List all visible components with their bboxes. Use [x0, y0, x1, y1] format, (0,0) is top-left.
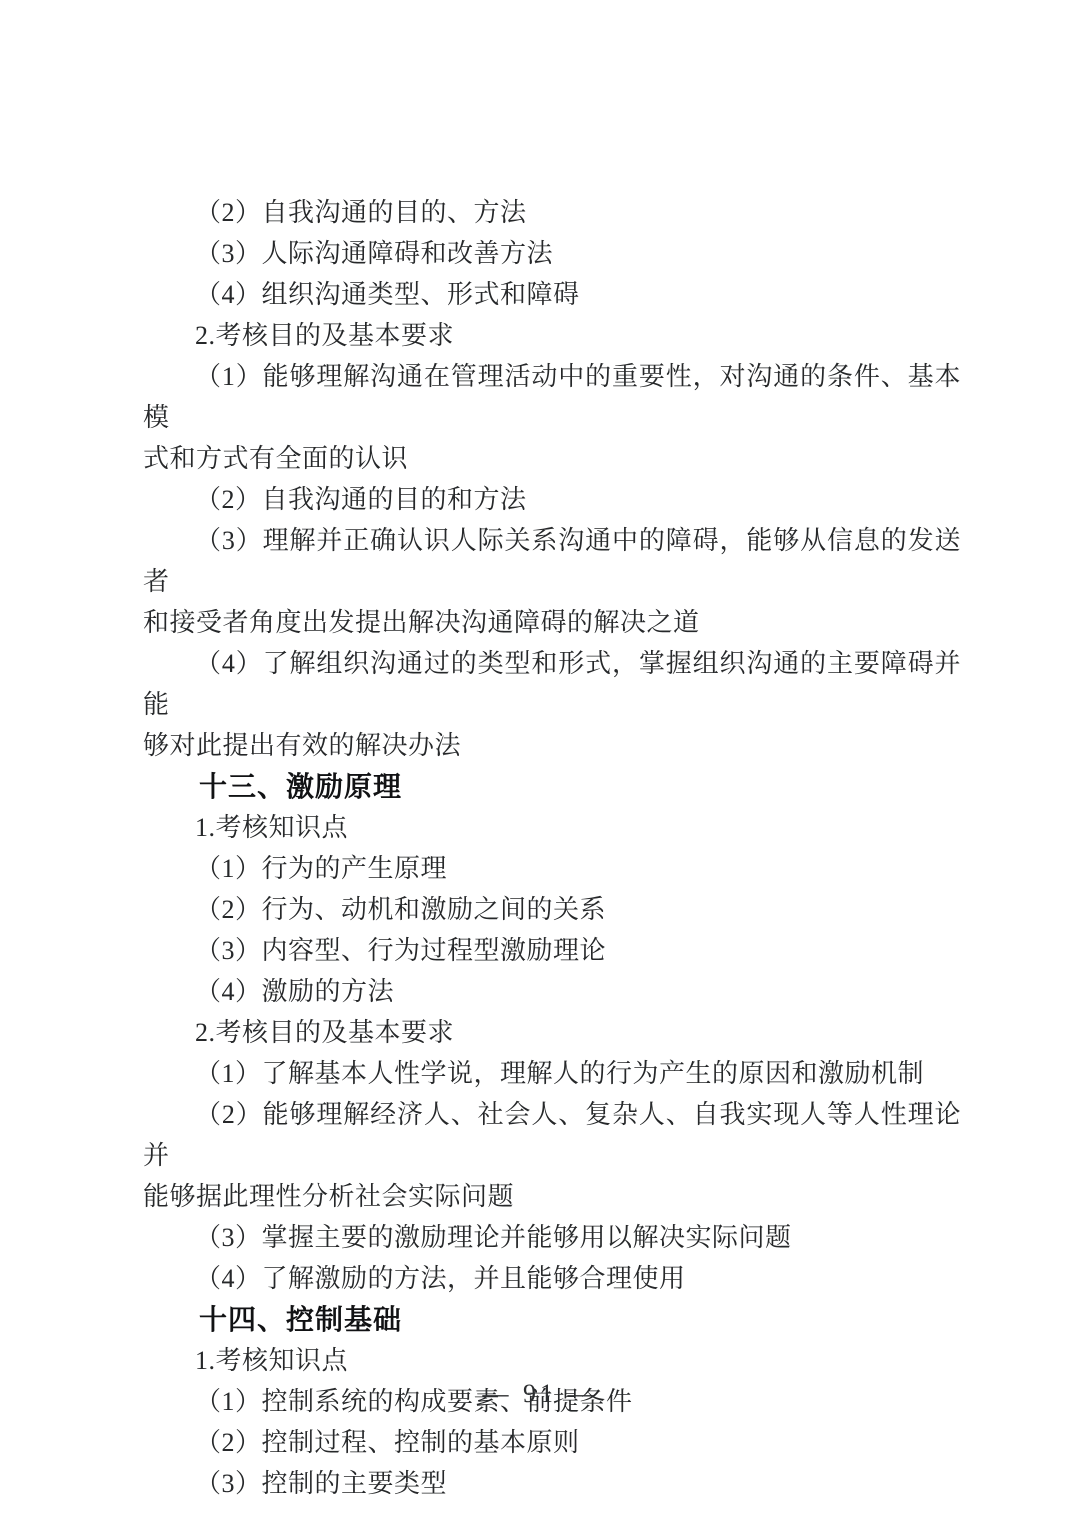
document-page: （2）自我沟通的目的、方法 （3）人际沟通障碍和改善方法 （4）组织沟通类型、形… [0, 0, 1080, 1527]
text-line: （4）了解组织沟通过的类型和形式，掌握组织沟通的主要障碍并能 [143, 643, 961, 725]
text-line-continuation: 能够据此理性分析社会实际问题 [143, 1176, 961, 1217]
document-body: （2）自我沟通的目的、方法 （3）人际沟通障碍和改善方法 （4）组织沟通类型、形… [143, 192, 961, 1504]
section-heading-motivation: 十三、激励原理 [143, 766, 961, 807]
text-line: （4）组织沟通类型、形式和障碍 [143, 274, 961, 315]
text-line: （1）行为的产生原理 [143, 848, 961, 889]
text-line: （2）自我沟通的目的和方法 [143, 479, 961, 520]
text-line: （3）理解并正确认识人际关系沟通中的障碍，能够从信息的发送者 [143, 520, 961, 602]
text-line: （2）行为、动机和激励之间的关系 [143, 889, 961, 930]
numbered-subheading: 1.考核知识点 [143, 807, 961, 848]
text-line: （1）了解基本人性学说，理解人的行为产生的原因和激励机制 [143, 1053, 961, 1094]
text-line: （3）掌握主要的激励理论并能够用以解决实际问题 [143, 1217, 961, 1258]
text-line: （3）内容型、行为过程型激励理论 [143, 930, 961, 971]
text-line: （2）自我沟通的目的、方法 [143, 192, 961, 233]
text-line: （2）能够理解经济人、社会人、复杂人、自我实现人等人性理论并 [143, 1094, 961, 1176]
text-line: （3）人际沟通障碍和改善方法 [143, 233, 961, 274]
text-line: （2）控制过程、控制的基本原则 [143, 1422, 961, 1463]
numbered-subheading: 2.考核目的及基本要求 [143, 1012, 961, 1053]
text-line: （4）激励的方法 [143, 971, 961, 1012]
numbered-subheading: 1.考核知识点 [143, 1340, 961, 1381]
text-line: （3）控制的主要类型 [143, 1463, 961, 1504]
text-line-continuation: 式和方式有全面的认识 [143, 438, 961, 479]
page-number: — 91 — [0, 1378, 1080, 1410]
text-line: （1）能够理解沟通在管理活动中的重要性，对沟通的条件、基本模 [143, 356, 961, 438]
text-line-continuation: 和接受者角度出发提出解决沟通障碍的解决之道 [143, 602, 961, 643]
section-heading-control: 十四、控制基础 [143, 1299, 961, 1340]
text-line: （4）了解激励的方法，并且能够合理使用 [143, 1258, 961, 1299]
text-line-continuation: 够对此提出有效的解决办法 [143, 725, 961, 766]
numbered-subheading: 2.考核目的及基本要求 [143, 315, 961, 356]
